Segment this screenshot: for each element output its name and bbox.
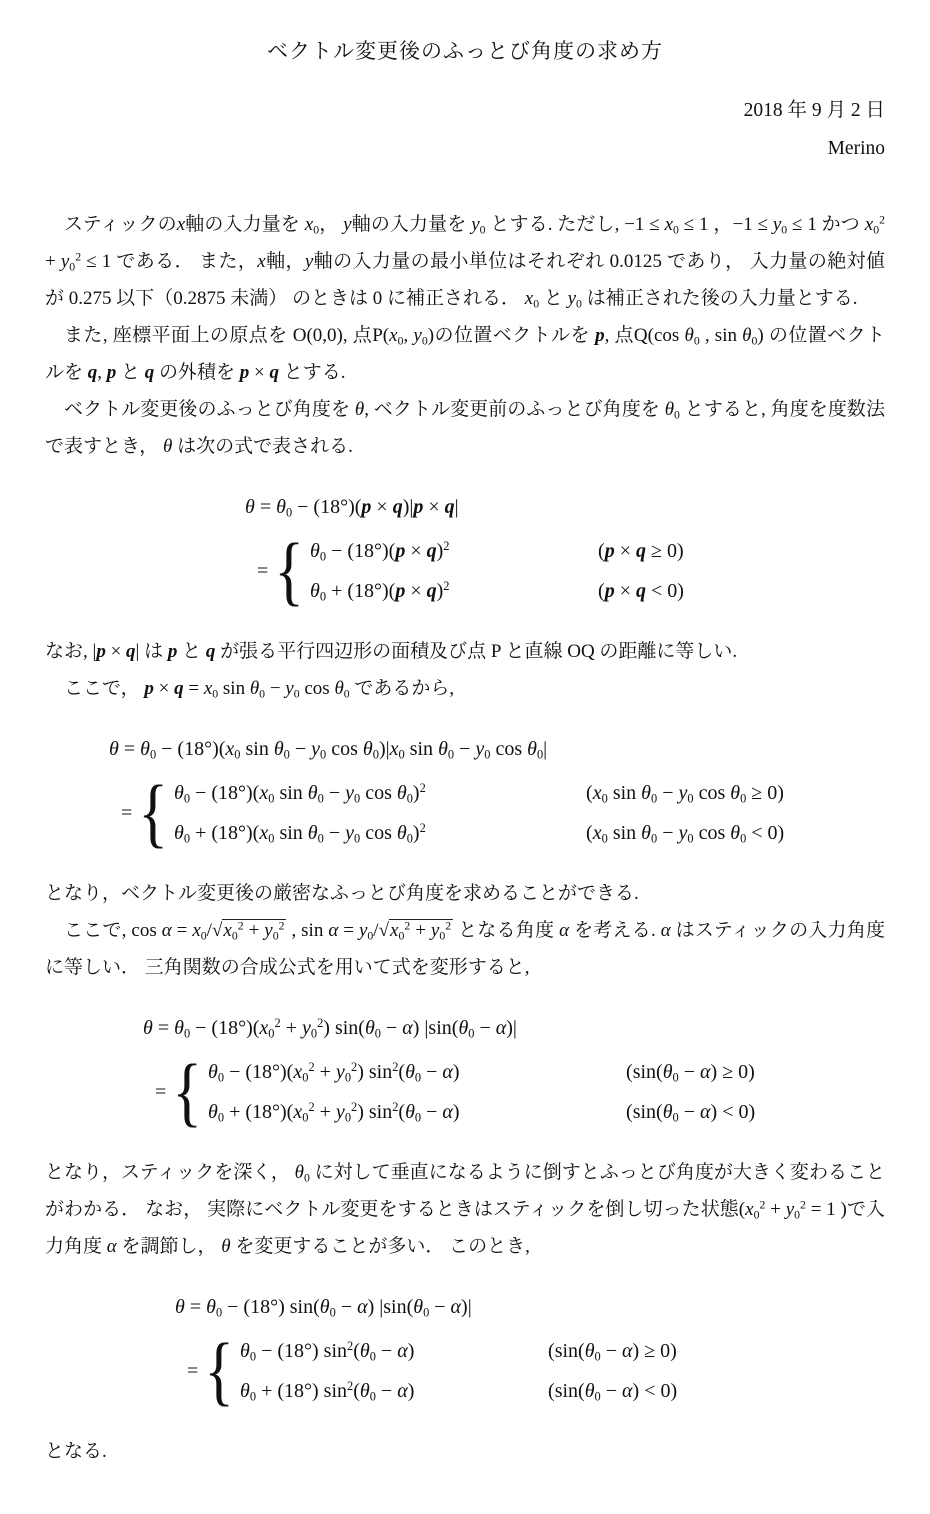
equation-theta-pq: θ = θ0 − (18°)(p × q)|p × q| = { θ0 − (1…	[45, 487, 885, 611]
cases-group: θ0 − (18°)(x02 + y02) sin2(θ0 − α) (sin(…	[208, 1052, 755, 1132]
equals-sign: =	[187, 1353, 198, 1390]
document-author: Merino	[45, 130, 885, 168]
document-page: ベクトル変更後のふっとび角度の求め方 2018 年 9 月 2 日 Merino…	[0, 0, 930, 1514]
paragraph-alpha-intro: ここで, cos α = x0/√x02 + y02 , sin α = y0/…	[45, 912, 885, 986]
case-row: θ0 + (18°) sin2(θ0 − α) (sin(θ0 − α) < 0…	[240, 1371, 677, 1411]
paragraph-cross-product-value: ここで， p × q = x0 sin θ0 − y0 cos θ0 であるから…	[45, 670, 885, 707]
paragraph-theta-intro: ベクトル変更後のふっとび角度を θ, ベクトル変更前のふっとび角度を θ0 とす…	[45, 391, 885, 465]
equation-theta-xy: θ = θ0 − (18°)(x0 sin θ0 − y0 cos θ0)|x0…	[45, 729, 885, 853]
document-meta: 2018 年 9 月 2 日 Merino	[45, 92, 885, 168]
case-expression: θ0 + (18°) sin2(θ0 − α)	[240, 1371, 492, 1411]
case-row: θ0 − (18°)(x02 + y02) sin2(θ0 − α) (sin(…	[208, 1052, 755, 1092]
paragraph-stick-tilt: となり，スティックを深く， θ0 に対して垂直になるように倒すとふっとび角度が大…	[45, 1154, 885, 1265]
case-row: θ0 + (18°)(p × q)2 (p × q < 0)	[310, 571, 684, 611]
document-date: 2018 年 9 月 2 日	[45, 92, 885, 130]
case-condition: (p × q < 0)	[598, 571, 684, 611]
document-title: ベクトル変更後のふっとび角度の求め方	[45, 36, 885, 66]
paragraph-stick-input: スティックのx軸の入力量を x0， y軸の入力量を y0 とする. ただし, −…	[45, 206, 885, 317]
equation-theta-alpha: θ = θ0 − (18°)(x02 + y02) sin(θ0 − α) |s…	[45, 1008, 885, 1132]
case-condition: (sin(θ0 − α) ≥ 0)	[626, 1052, 755, 1092]
case-expression: θ0 + (18°)(x0 sin θ0 − y0 cos θ0)2	[174, 813, 530, 853]
equals-sign: =	[155, 1074, 166, 1111]
case-expression: θ0 − (18°)(p × q)2	[310, 531, 542, 571]
case-row: θ0 − (18°)(p × q)2 (p × q ≥ 0)	[310, 531, 684, 571]
equation-main-line: θ = θ0 − (18°)(x02 + y02) sin(θ0 − α) |s…	[143, 1008, 885, 1048]
case-condition: (sin(θ0 − α) ≥ 0)	[548, 1331, 677, 1371]
cases-group: θ0 − (18°) sin2(θ0 − α) (sin(θ0 − α) ≥ 0…	[240, 1331, 677, 1411]
equals-sign: =	[257, 553, 268, 590]
case-expression: θ0 − (18°)(x02 + y02) sin2(θ0 − α)	[208, 1052, 570, 1092]
case-row: θ0 − (18°)(x0 sin θ0 − y0 cos θ0)2 (x0 s…	[174, 773, 784, 813]
case-condition: (sin(θ0 − α) < 0)	[548, 1371, 677, 1411]
case-condition: (p × q ≥ 0)	[598, 531, 684, 571]
equals-sign: =	[121, 795, 132, 832]
equation-main-line: θ = θ0 − (18°) sin(θ0 − α) |sin(θ0 − α)|	[175, 1287, 885, 1327]
case-expression: θ0 + (18°)(x02 + y02) sin2(θ0 − α)	[208, 1092, 570, 1132]
paragraph-position-vectors: また, 座標平面上の原点を O(0,0), 点P(x0, y0)の位置ベクトルを…	[45, 317, 885, 391]
case-condition: (sin(θ0 − α) < 0)	[626, 1092, 755, 1132]
equation-main-line: θ = θ0 − (18°)(p × q)|p × q|	[245, 487, 885, 527]
cases-group: θ0 − (18°)(p × q)2 (p × q ≥ 0) θ0 + (18°…	[310, 531, 684, 611]
case-expression: θ0 + (18°)(p × q)2	[310, 571, 542, 611]
cases-group: θ0 − (18°)(x0 sin θ0 − y0 cos θ0)2 (x0 s…	[174, 773, 784, 853]
case-row: θ0 + (18°)(x02 + y02) sin2(θ0 − α) (sin(…	[208, 1092, 755, 1132]
paragraph-exact-angle: となり，ベクトル変更後の厳密なふっとび角度を求めることができる.	[45, 875, 885, 912]
case-expression: θ0 − (18°)(x0 sin θ0 − y0 cos θ0)2	[174, 773, 530, 813]
case-expression: θ0 − (18°) sin2(θ0 − α)	[240, 1331, 492, 1371]
paragraph-cross-product-note: なお, |p × q| は p と q が張る平行四辺形の面積及び点 P と直線…	[45, 633, 885, 670]
case-row: θ0 + (18°)(x0 sin θ0 − y0 cos θ0)2 (x0 s…	[174, 813, 784, 853]
case-condition: (x0 sin θ0 − y0 cos θ0 < 0)	[586, 813, 784, 853]
case-row: θ0 − (18°) sin2(θ0 − α) (sin(θ0 − α) ≥ 0…	[240, 1331, 677, 1371]
case-condition: (x0 sin θ0 − y0 cos θ0 ≥ 0)	[586, 773, 784, 813]
equation-main-line: θ = θ0 − (18°)(x0 sin θ0 − y0 cos θ0)|x0…	[109, 729, 885, 769]
paragraph-closing: となる.	[45, 1433, 885, 1470]
equation-theta-alpha-full-tilt: θ = θ0 − (18°) sin(θ0 − α) |sin(θ0 − α)|…	[45, 1287, 885, 1411]
